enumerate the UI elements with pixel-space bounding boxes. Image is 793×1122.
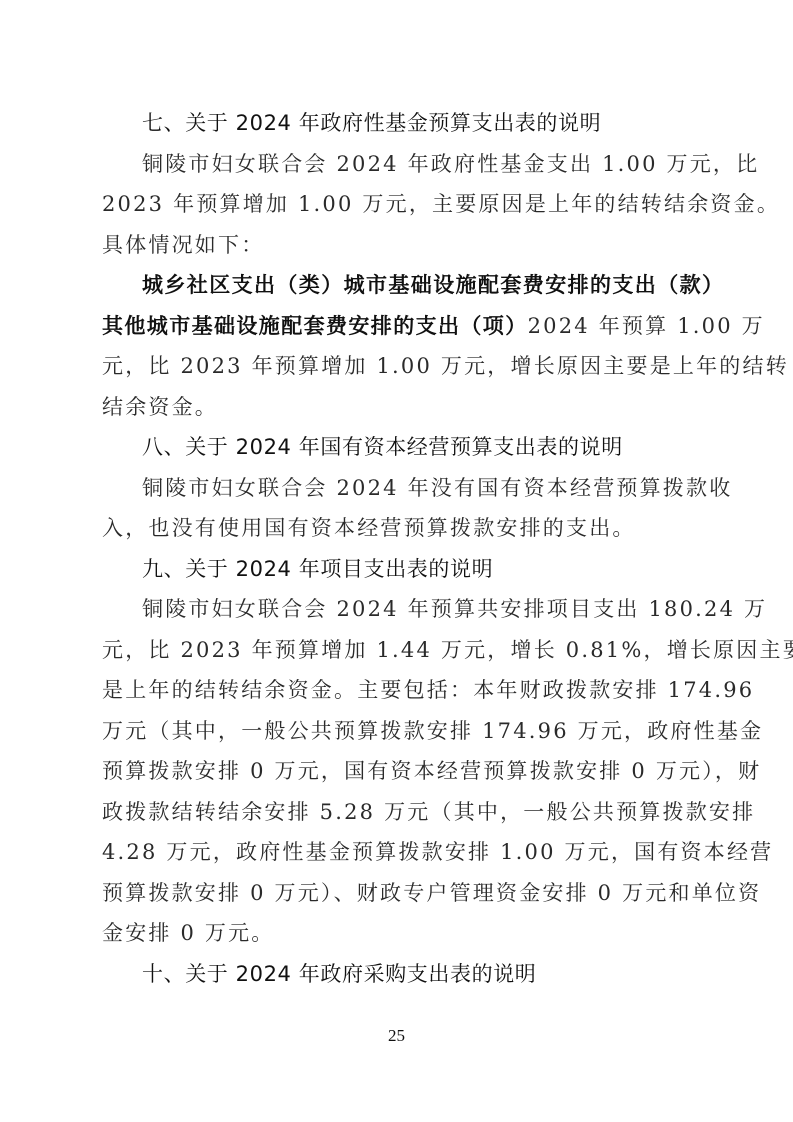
- budget-item-amount: 2024 年预算 1.00 万: [528, 314, 765, 338]
- budget-item-subcategory: 其他城市基础设施配套费安排的支出（项）: [102, 314, 528, 338]
- paragraph-line: 结余资金。: [102, 387, 692, 428]
- paragraph-line: 元，比 2023 年预算增加 1.44 万元，增长 0.81%，增长原因主要: [102, 630, 692, 671]
- section-heading-7: 七、关于 2024 年政府性基金预算支出表的说明: [102, 103, 692, 144]
- paragraph-line: 预算拨款安排 0 万元，国有资本经营预算拨款安排 0 万元），财: [102, 751, 692, 792]
- paragraph-line: 政拨款结转结余安排 5.28 万元（其中，一般公共预算拨款安排: [102, 792, 692, 833]
- page-number: 25: [0, 1026, 793, 1046]
- paragraph-line: 万元（其中，一般公共预算拨款安排 174.96 万元，政府性基金: [102, 711, 692, 752]
- paragraph-line: 2023 年预算增加 1.00 万元，主要原因是上年的结转结余资金。: [102, 184, 692, 225]
- section-heading-8: 八、关于 2024 年国有资本经营预算支出表的说明: [102, 427, 692, 468]
- budget-item-category-line: 城乡社区支出（类）城市基础设施配套费安排的支出（款）: [102, 265, 692, 306]
- paragraph-line: 4.28 万元，政府性基金预算拨款安排 1.00 万元，国有资本经营: [102, 832, 692, 873]
- paragraph-line: 铜陵市妇女联合会 2024 年没有国有资本经营预算拨款收: [102, 468, 692, 509]
- paragraph-line: 元，比 2023 年预算增加 1.00 万元，增长原因主要是上年的结转: [102, 346, 692, 387]
- paragraph-line: 预算拨款安排 0 万元）、财政专户管理资金安排 0 万元和单位资: [102, 873, 692, 914]
- document-page: 七、关于 2024 年政府性基金预算支出表的说明 铜陵市妇女联合会 2024 年…: [0, 0, 793, 1122]
- section-heading-10: 十、关于 2024 年政府采购支出表的说明: [102, 954, 692, 995]
- paragraph-line: 是上年的结转结余资金。主要包括：本年财政拨款安排 174.96: [102, 670, 692, 711]
- paragraph-line: 金安排 0 万元。: [102, 913, 692, 954]
- section-heading-9: 九、关于 2024 年项目支出表的说明: [102, 549, 692, 590]
- paragraph-line: 具体情况如下：: [102, 225, 692, 266]
- page-content: 七、关于 2024 年政府性基金预算支出表的说明 铜陵市妇女联合会 2024 年…: [102, 103, 692, 994]
- paragraph-line: 铜陵市妇女联合会 2024 年预算共安排项目支出 180.24 万: [102, 589, 692, 630]
- paragraph-line: 入，也没有使用国有资本经营预算拨款安排的支出。: [102, 508, 692, 549]
- budget-item-line: 其他城市基础设施配套费安排的支出（项）2024 年预算 1.00 万: [102, 306, 692, 347]
- paragraph-line: 铜陵市妇女联合会 2024 年政府性基金支出 1.00 万元，比: [102, 144, 692, 185]
